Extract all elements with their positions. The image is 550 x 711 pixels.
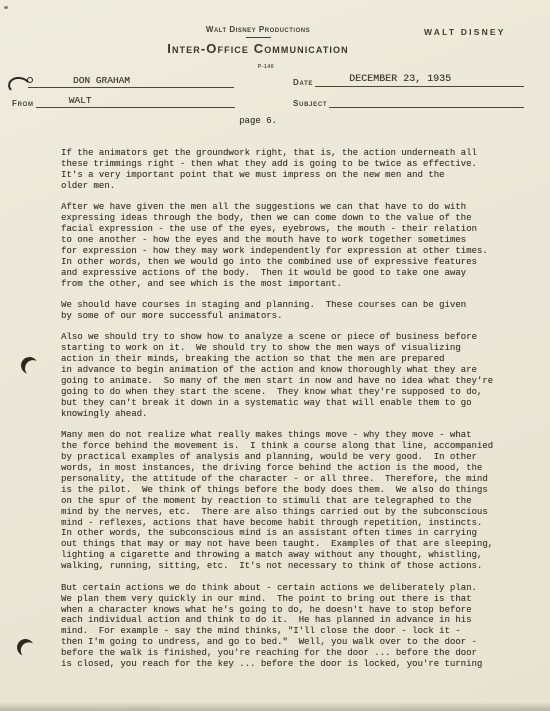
paragraph-analyze-scene: Also we should try to show how to analyz… <box>61 332 521 419</box>
hole-punch-mark <box>20 356 39 375</box>
paragraph-mind-is-pilot: Many men do not realize what really make… <box>61 430 521 572</box>
date-field-line: DECEMBER 23, 1935 <box>315 70 524 87</box>
page-number: page 6. <box>63 116 453 126</box>
hole-punch-mark <box>16 638 34 656</box>
company-underline <box>246 37 271 38</box>
pen-mark-ring <box>27 77 33 83</box>
date-field-label: Date <box>293 78 315 87</box>
pen-mark <box>8 75 36 93</box>
from-field-line: WALT <box>36 91 235 108</box>
to-field-value: DON GRAHAM <box>73 75 130 86</box>
company-name: Walt Disney Productions <box>63 25 453 34</box>
subject-field-label: Subject <box>293 99 329 108</box>
date-field-value: DECEMBER 23, 1935 <box>349 74 451 85</box>
paragraph-staging-courses: We should have courses in staging and pl… <box>61 300 521 322</box>
from-field-row: From WALT <box>12 92 235 108</box>
subject-field-row: Subject <box>293 92 524 108</box>
to-field-line: DON GRAHAM <box>28 71 234 88</box>
from-field-label: From <box>12 99 36 108</box>
memo-page: Walt Disney Productions WALT DISNEY Inte… <box>0 0 550 711</box>
from-field-value: WALT <box>69 95 92 106</box>
memo-title: Inter-Office Communication <box>63 41 453 56</box>
scan-speck <box>4 6 8 9</box>
subject-field-line <box>329 91 524 108</box>
date-field-row: Date DECEMBER 23, 1935 <box>293 71 524 87</box>
to-field-row: DON GRAHAM <box>28 72 234 88</box>
paragraph-facial-expression: After we have given the men all the sugg… <box>61 202 521 289</box>
memo-body: If the animators get the groundwork righ… <box>61 148 521 670</box>
corner-name: WALT DISNEY <box>424 27 534 37</box>
paragraph-planned-actions: But certain actions we do think about - … <box>61 583 521 670</box>
paragraph-groundwork: If the animators get the groundwork righ… <box>61 148 521 192</box>
